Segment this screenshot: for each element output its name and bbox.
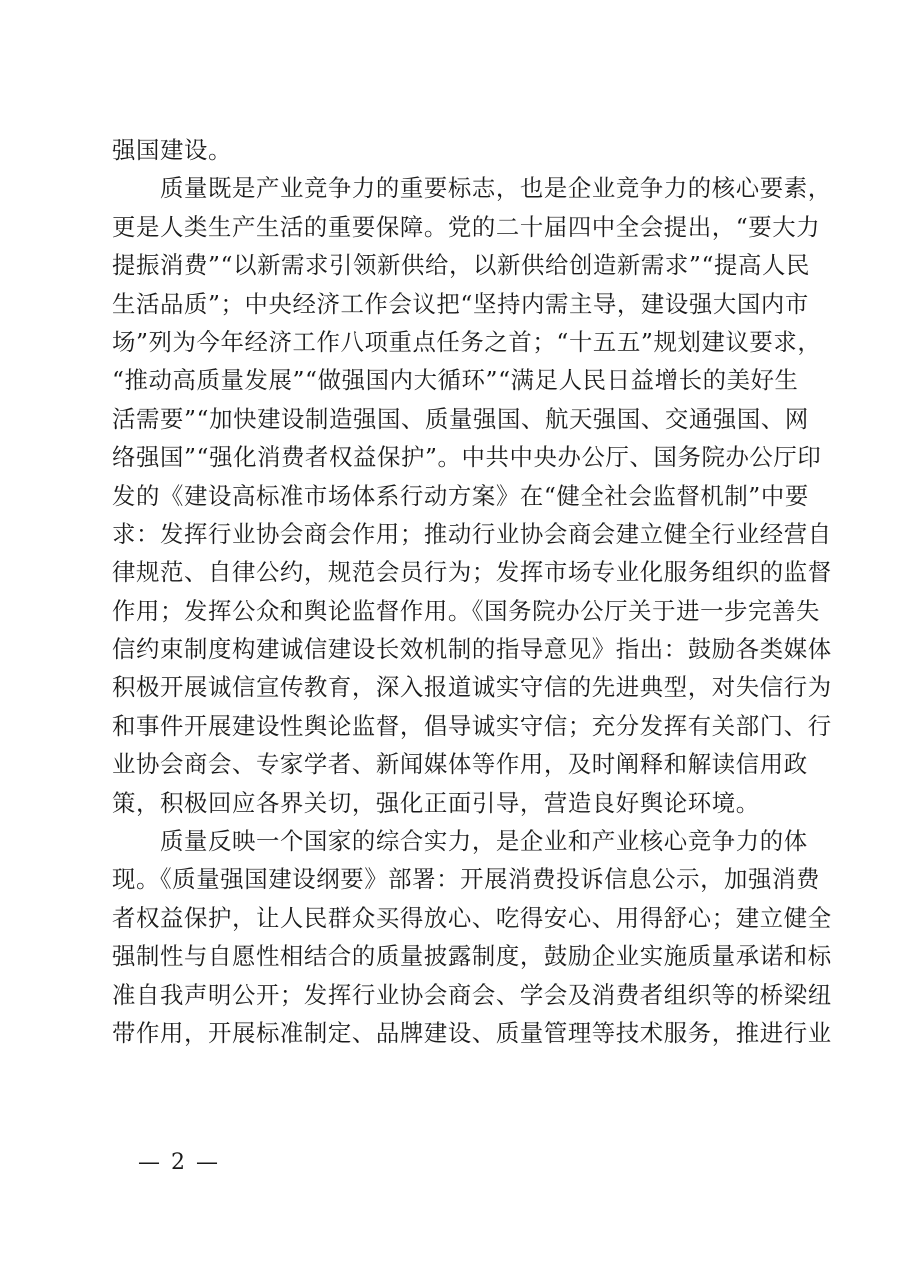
text-line: 策，积极回应各界关切，强化正面引导，营造良好舆论环境。 [112,784,792,822]
text-line: 和事件开展建设性舆论监督，倡导诚实守信；充分发挥有关部门、行 [112,707,792,745]
text-line: 带作用，开展标准制定、品牌建设、质量管理等技术服务，推进行业 [112,1014,792,1052]
text-line: 络强国”“强化消费者权益保护”。中共中央办公厅、国务院办公厅印 [112,438,792,476]
paragraph: 强国建设。 [112,131,792,169]
text-line: 积极开展诚信宣传教育，深入报道诚实守信的先进典型，对失信行为 [112,668,792,706]
text-line: 提振消费”“以新需求引领新供给，以新供给创造新需求”“提高人民 [112,246,792,284]
text-line: 求：发挥行业协会商会作用；推动行业协会商会建立健全行业经营自 [112,515,792,553]
document-page: 强国建设。 质量既是产业竞争力的重要标志，也是企业竞争力的核心要素， 更是人类生… [112,131,792,1052]
text-line: 质量既是产业竞争力的重要标志，也是企业竞争力的核心要素， [112,169,792,207]
text-line: 准自我声明公开；发挥行业协会商会、学会及消费者组织等的桥梁纽 [112,976,792,1014]
text-line: 更是人类生产生活的重要保障。党的二十届四中全会提出，“要大力 [112,208,792,246]
text-line: 发的《建设高标准市场体系行动方案》在“健全社会监督机制”中要 [112,477,792,515]
text-line: 业协会商会、专家学者、新闻媒体等作用，及时阐释和解读信用政 [112,745,792,783]
text-line: 强制性与自愿性相结合的质量披露制度，鼓励企业实施质量承诺和标 [112,937,792,975]
text-line: “推动高质量发展”“做强国内大循环”“满足人民日益增长的美好生 [112,361,792,399]
text-line: 场”列为今年经济工作八项重点任务之首；“十五五”规划建议要求， [112,323,792,361]
text-line: 信约束制度构建诚信建设长效机制的指导意见》指出：鼓励各类媒体 [112,630,792,668]
text-line: 者权益保护，让人民群众买得放心、吃得安心、用得舒心；建立健全 [112,899,792,937]
text-line: 活需要”“加快建设制造强国、质量强国、航天强国、交通强国、网 [112,400,792,438]
text-line: 生活品质”；中央经济工作会议把“坚持内需主导，建设强大国内市 [112,285,792,323]
paragraph: 质量既是产业竞争力的重要标志，也是企业竞争力的核心要素， 更是人类生产生活的重要… [112,169,792,822]
paragraph: 质量反映一个国家的综合实力，是企业和产业核心竞争力的体 现。《质量强国建设纲要》… [112,822,792,1052]
text-line: 现。《质量强国建设纲要》部署：开展消费投诉信息公示，加强消费 [112,860,792,898]
page-number: — 2 — [138,1150,220,1175]
text-line: 作用；发挥公众和舆论监督作用。《国务院办公厅关于进一步完善失 [112,592,792,630]
text-line: 律规范、自律公约，规范会员行为；发挥市场专业化服务组织的监督 [112,553,792,591]
text-line: 质量反映一个国家的综合实力，是企业和产业核心竞争力的体 [112,822,792,860]
text-line: 强国建设。 [112,131,792,169]
